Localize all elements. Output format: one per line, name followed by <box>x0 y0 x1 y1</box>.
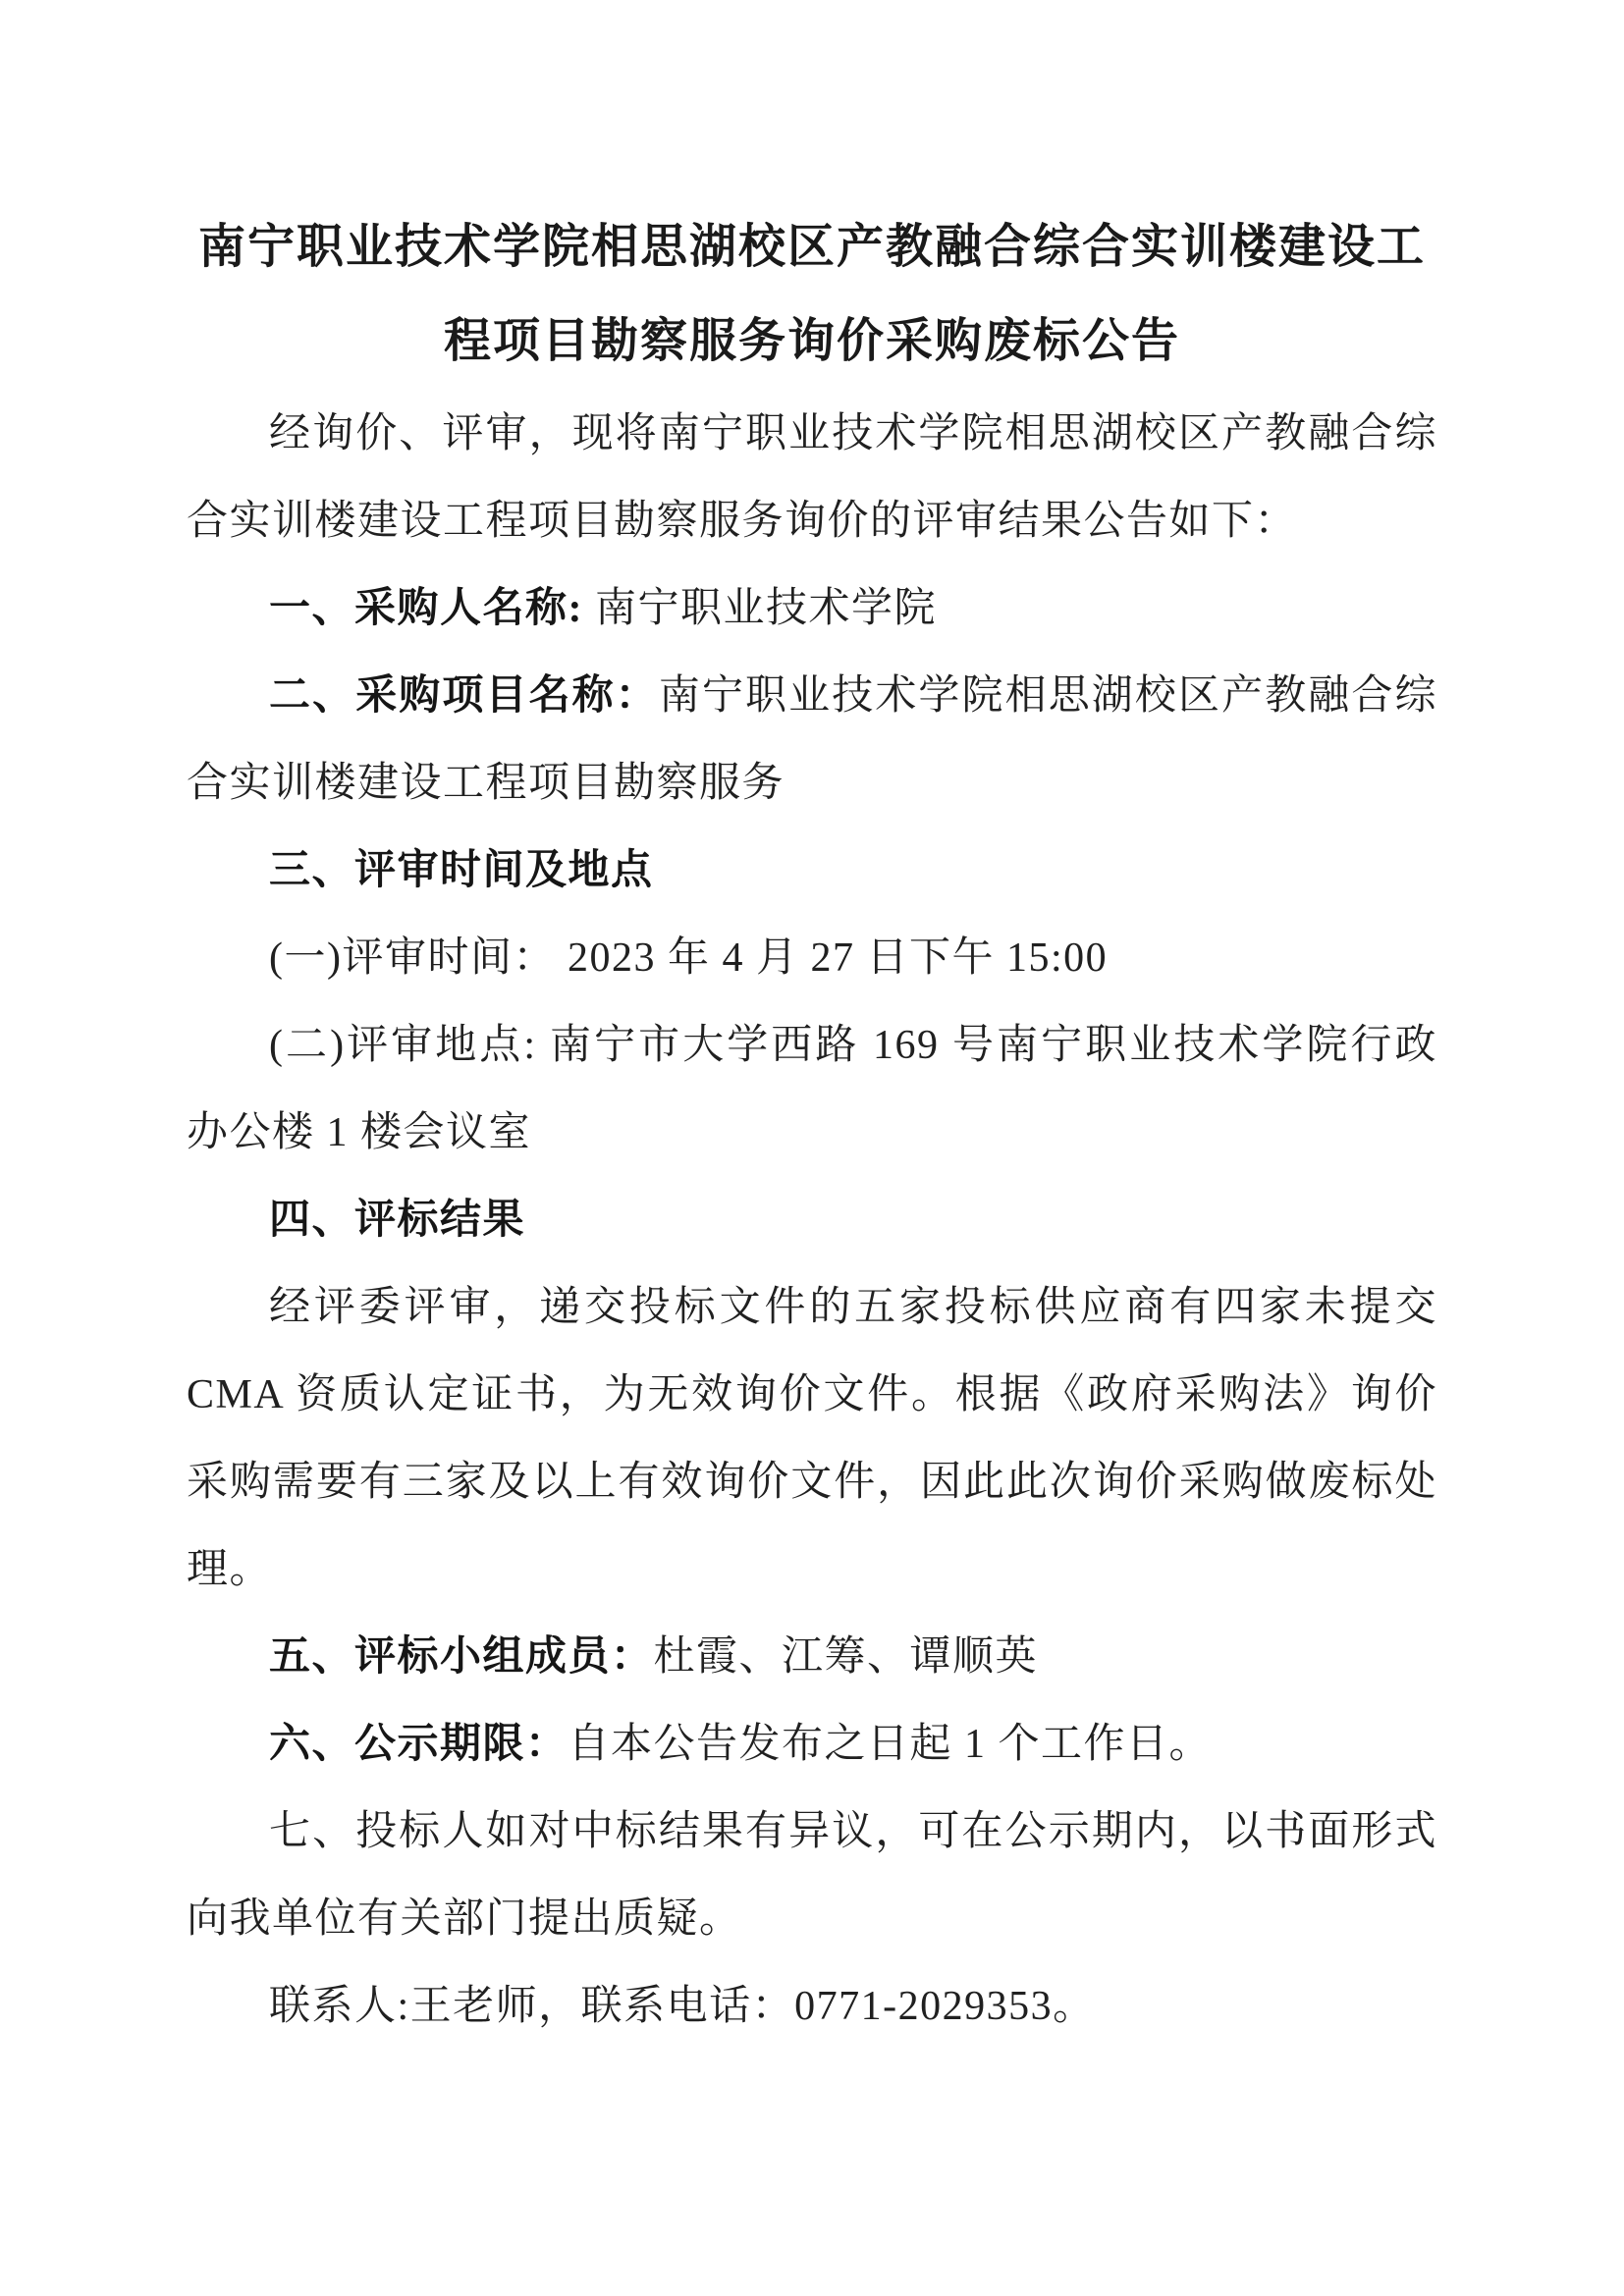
paragraph-committee: 五、评标小组成员：杜霞、江筹、谭顺英 <box>187 1614 1437 1701</box>
paragraph-publicity-period-label: 六、公示期限： <box>269 1722 568 1767</box>
paragraph-contact: 联系人:王老师，联系电话：0771-2029353。 <box>187 1963 1437 2051</box>
paragraph-project-name: 二、采购项目名称：南宁职业技术学院相思湖校区产教融合综合实训楼建设工程项目勘察服… <box>187 653 1437 828</box>
paragraph-objection: 七、投标人如对中标结果有异议，可在公示期内，以书面形式向我单位有关部门提出质疑。 <box>187 1789 1437 1963</box>
paragraph-result-detail-text: 经评委评审，递交投标文件的五家投标供应商有四家未提交 CMA 资质认定证书，为无… <box>187 1285 1437 1592</box>
paragraph-intro-text: 经询价、评审，现将南宁职业技术学院相思湖校区产教融合综合实训楼建设工程项目勘察服… <box>187 411 1437 544</box>
paragraph-review-time: (一)评审时间： 2023 年 4 月 27 日下午 15:00 <box>187 915 1437 1002</box>
paragraph-review-location-text: (二)评审地点: 南宁市大学西路 169 号南宁职业技术学院行政办公楼 1 楼会… <box>187 1023 1437 1155</box>
paragraph-purchaser-name-label: 一、采购人名称: <box>269 586 583 631</box>
paragraph-contact-text: 联系人:王老师，联系电话：0771-2029353。 <box>269 1984 1096 2029</box>
document-page: 南宁职业技术学院相思湖校区产教融合综合实训楼建设工 程项目勘察服务询价采购废标公… <box>0 0 1624 2296</box>
paragraph-purchaser-name-text: 南宁职业技术学院 <box>583 586 937 631</box>
document-title: 南宁职业技术学院相思湖校区产教融合综合实训楼建设工 程项目勘察服务询价采购废标公… <box>187 200 1437 389</box>
paragraph-review-heading: 三、评审时间及地点 <box>187 828 1437 915</box>
title-line-2: 程项目勘察服务询价采购废标公告 <box>187 294 1437 389</box>
title-line-1: 南宁职业技术学院相思湖校区产教融合综合实训楼建设工 <box>187 200 1437 294</box>
document-body: 经询价、评审，现将南宁职业技术学院相思湖校区产教融合综合实训楼建设工程项目勘察服… <box>187 391 1437 2051</box>
paragraph-review-time-text: (一)评审时间： 2023 年 4 月 27 日下午 15:00 <box>269 935 1108 981</box>
paragraph-committee-label: 五、评标小组成员： <box>269 1634 654 1680</box>
paragraph-publicity-period-text: 自本公告发布之日起 1 个工作日。 <box>568 1722 1213 1767</box>
paragraph-publicity-period: 六、公示期限：自本公告发布之日起 1 个工作日。 <box>187 1701 1437 1789</box>
paragraph-committee-text: 杜霞、江筹、谭顺英 <box>654 1634 1039 1680</box>
paragraph-purchaser-name: 一、采购人名称: 南宁职业技术学院 <box>187 565 1437 653</box>
paragraph-review-location: (二)评审地点: 南宁市大学西路 169 号南宁职业技术学院行政办公楼 1 楼会… <box>187 1002 1437 1177</box>
paragraph-intro: 经询价、评审，现将南宁职业技术学院相思湖校区产教融合综合实训楼建设工程项目勘察服… <box>187 391 1437 565</box>
paragraph-objection-text: 七、投标人如对中标结果有异议，可在公示期内，以书面形式向我单位有关部门提出质疑。 <box>187 1809 1437 1942</box>
paragraph-result-heading: 四、评标结果 <box>187 1177 1437 1264</box>
paragraph-review-heading-label: 三、评审时间及地点 <box>269 848 654 893</box>
paragraph-result-heading-label: 四、评标结果 <box>269 1198 525 1243</box>
paragraph-project-name-label: 二、采购项目名称： <box>269 673 659 719</box>
paragraph-result-detail: 经评委评审，递交投标文件的五家投标供应商有四家未提交 CMA 资质认定证书，为无… <box>187 1264 1437 1614</box>
